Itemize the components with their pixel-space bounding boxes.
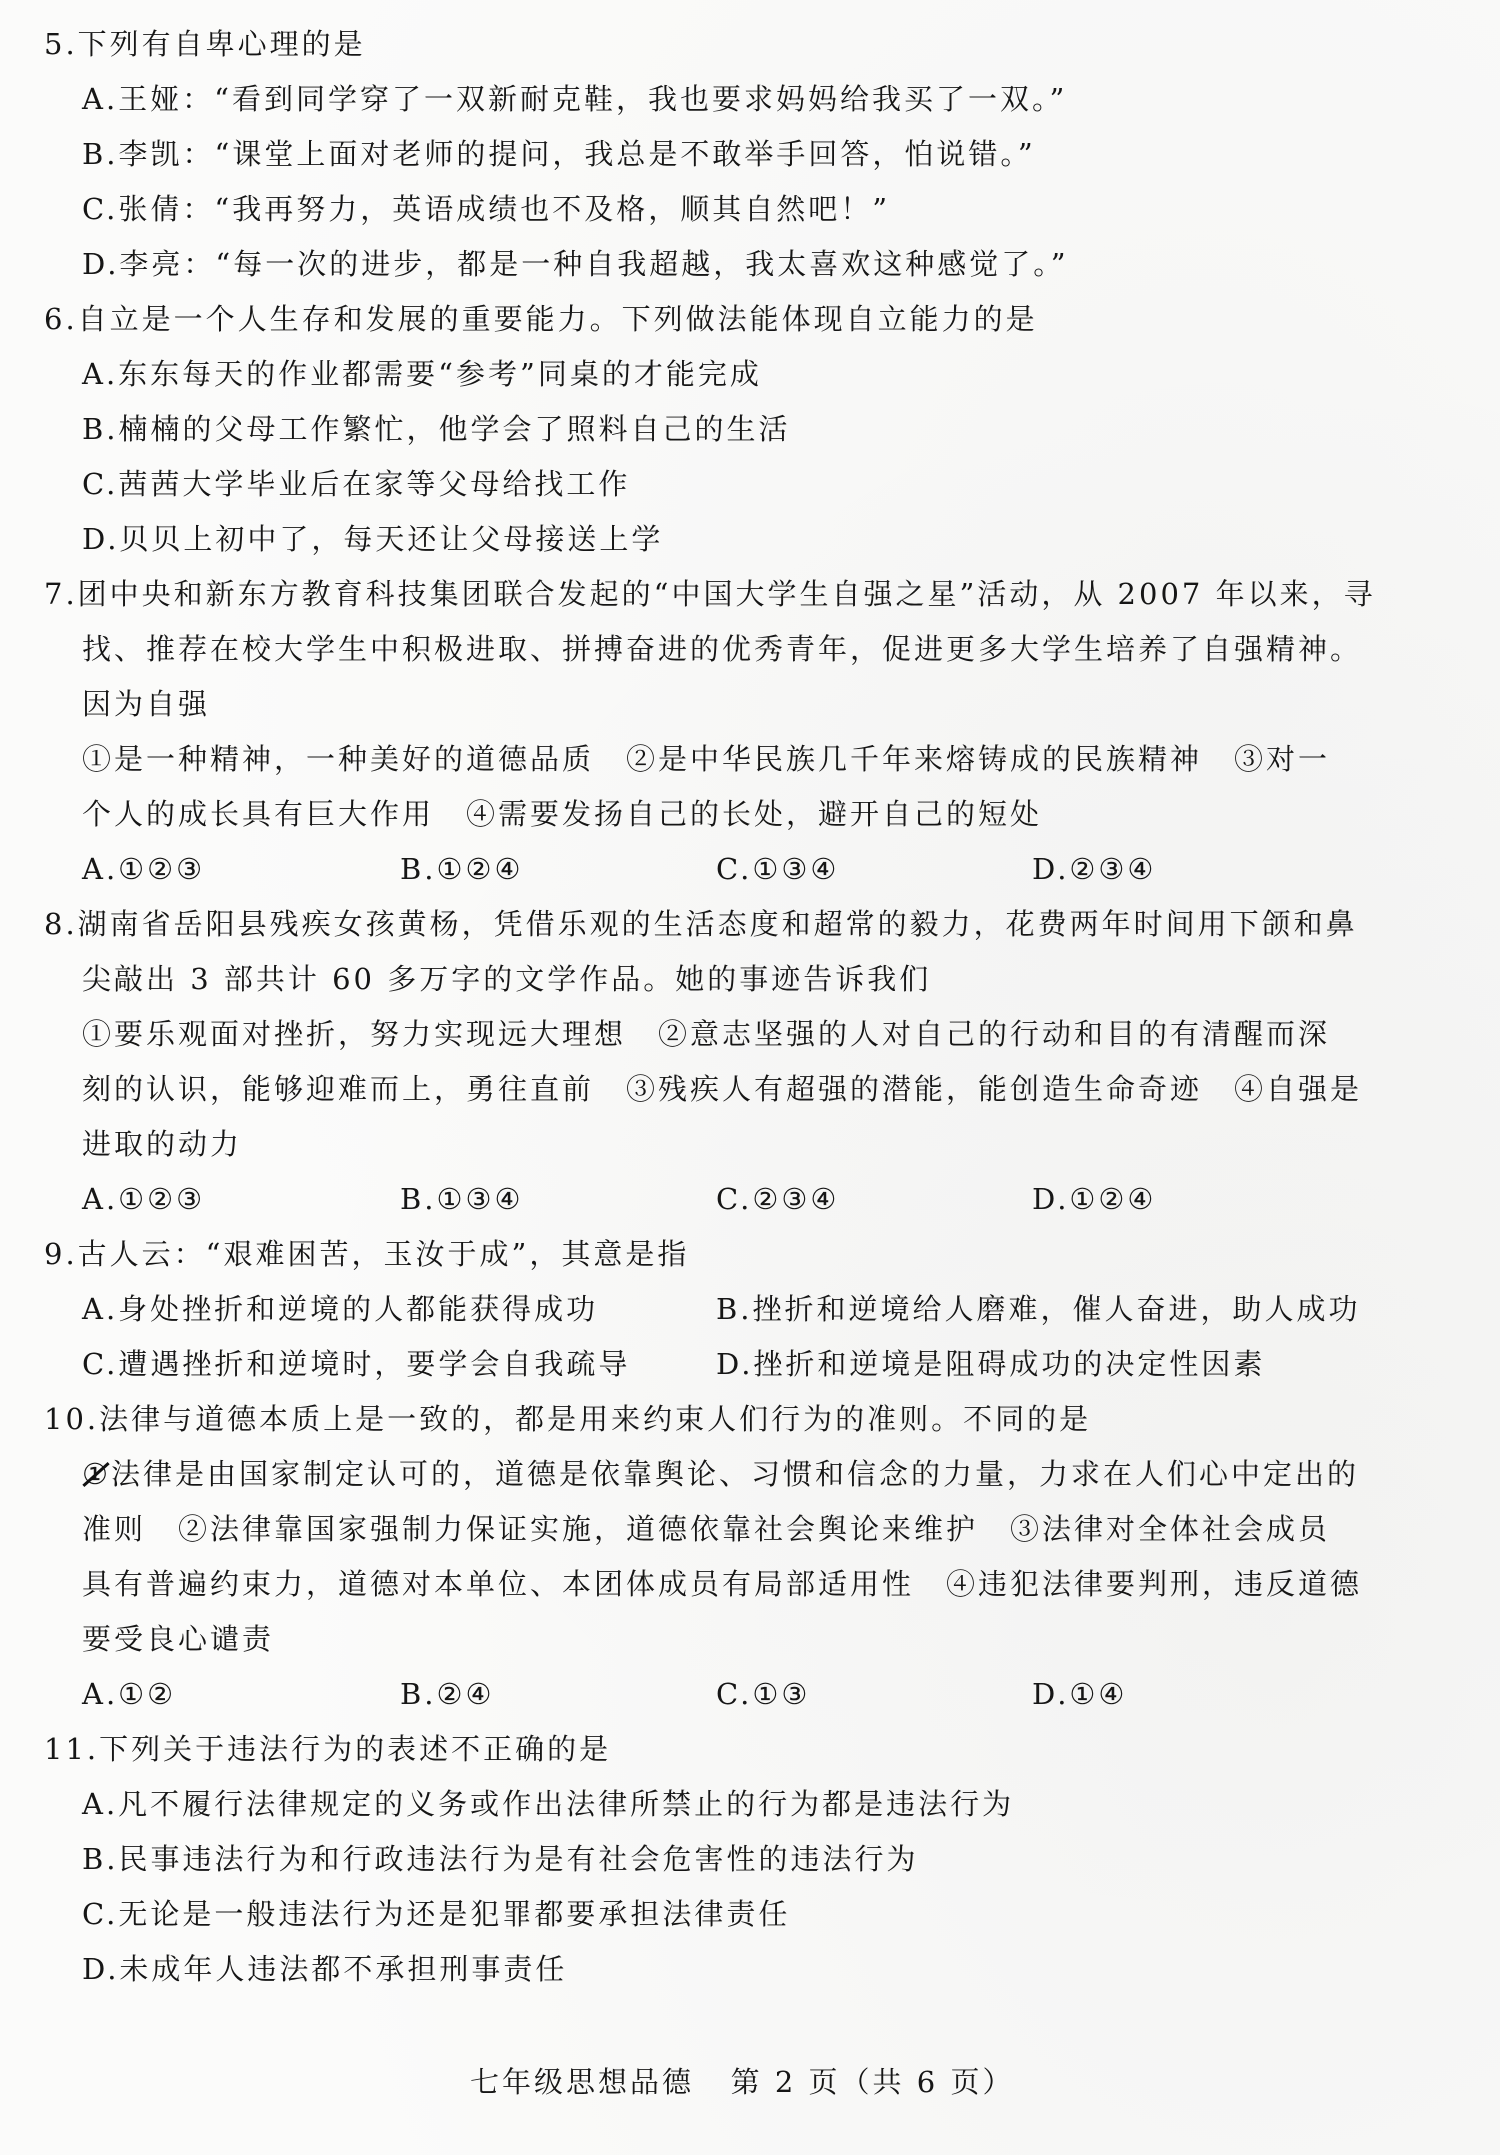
stem-line: 刻的认识，能够迎难而上，勇往直前 ③残疾人有超强的潜能，能创造生命奇迹 ④自强是 [44, 1062, 1444, 1117]
question-11: 11.下列关于违法行为的表述不正确的是 A.凡不履行法律规定的义务或作出法律所禁… [44, 1722, 1444, 1997]
question-stem: 7.团中央和新东方教育科技集团联合发起的“中国大学生自强之星”活动，从 2007… [44, 567, 1444, 622]
option-d: D.李亮：“每一次的进步，都是一种自我超越，我太喜欢这种感觉了。” [44, 237, 1444, 292]
stem-line: 具有普遍约束力，道德对本单位、本团体成员有局部适用性 ④违犯法律要判刑，违反道德 [44, 1557, 1444, 1612]
option-b: B.①③④ [400, 1172, 716, 1227]
question-number: 11. [44, 1732, 99, 1766]
stem-line: 团中央和新东方教育科技集团联合发起的“中国大学生自强之星”活动，从 2007 年… [78, 577, 1376, 611]
option-a: A.①②③ [44, 842, 400, 897]
question-5: 5.下列有自卑心理的是 A.王娅：“看到同学穿了一双新耐克鞋，我也要求妈妈给我买… [44, 17, 1444, 292]
options-row: A.身处挫折和逆境的人都能获得成功 B.挫折和逆境给人磨难，催人奋进，助人成功 [44, 1282, 1444, 1337]
question-number: 5. [44, 27, 78, 61]
question-stem: 9.古人云：“艰难困苦，玉汝于成”，其意是指 [44, 1227, 1444, 1282]
option-c: C.①③ [716, 1667, 1032, 1722]
option-a: A.①② [44, 1667, 400, 1722]
stem-line: 尖敲出 3 部共计 60 多万字的文学作品。她的事迹告诉我们 [44, 952, 1444, 1007]
option-c: C.遭遇挫折和逆境时，要学会自我疏导 [44, 1337, 716, 1392]
option-b: B.楠楠的父母工作繁忙，他学会了照料自己的生活 [44, 402, 1444, 457]
option-b: B.李凯：“课堂上面对老师的提问，我总是不敢举手回答，怕说错。” [44, 127, 1444, 182]
stem-line: ①法律是由国家制定认可的，道德是依靠舆论、习惯和信念的力量，力求在人们心中定出的 [44, 1447, 1444, 1502]
option-a: A.东东每天的作业都需要“参考”同桌的才能完成 [44, 347, 1444, 402]
option-d: D.①②④ [1032, 1172, 1348, 1227]
option-b: B.①②④ [400, 842, 716, 897]
option-c: C.张倩：“我再努力，英语成绩也不及格，顺其自然吧！” [44, 182, 1444, 237]
option-d: D.②③④ [1032, 842, 1348, 897]
stem-line: 下列有自卑心理的是 [78, 27, 366, 61]
stem-line: 法律与道德本质上是一致的，都是用来约束人们行为的准则。不同的是 [99, 1402, 1091, 1436]
footer-page-info: 第 2 页（共 6 页） [731, 2065, 1015, 2099]
question-stem: 10.法律与道德本质上是一致的，都是用来约束人们行为的准则。不同的是 [44, 1392, 1444, 1447]
question-number: 10. [44, 1402, 99, 1436]
exam-page: 5.下列有自卑心理的是 A.王娅：“看到同学穿了一双新耐克鞋，我也要求妈妈给我买… [0, 0, 1500, 2155]
option-c: C.①③④ [716, 842, 1032, 897]
question-stem: 11.下列关于违法行为的表述不正确的是 [44, 1722, 1444, 1777]
question-number: 9. [44, 1237, 78, 1271]
stem-line: 要受良心谴责 [44, 1612, 1444, 1667]
option-d: D.未成年人违法都不承担刑事责任 [44, 1942, 1444, 1997]
footer-subject: 七年级思想品德 [470, 2065, 694, 2099]
stem-line: ①要乐观面对挫折，努力实现远大理想 ②意志坚强的人对自己的行动和目的有清醒而深 [44, 1007, 1444, 1062]
options-row: A.①②③ B.①③④ C.②③④ D.①②④ [44, 1172, 1444, 1227]
stem-line: 下列关于违法行为的表述不正确的是 [99, 1732, 611, 1766]
option-c: C.无论是一般违法行为还是犯罪都要承担法律责任 [44, 1887, 1444, 1942]
question-number: 6. [44, 302, 78, 336]
option-c: C.茜茜大学毕业后在家等父母给找工作 [44, 457, 1444, 512]
option-a: A.王娅：“看到同学穿了一双新耐克鞋，我也要求妈妈给我买了一双。” [44, 72, 1444, 127]
question-stem: 6.自立是一个人生存和发展的重要能力。下列做法能体现自立能力的是 [44, 292, 1444, 347]
option-c: C.②③④ [716, 1172, 1032, 1227]
options-row: C.遭遇挫折和逆境时，要学会自我疏导 D.挫折和逆境是阻碍成功的决定性因素 [44, 1337, 1444, 1392]
option-b: B.挫折和逆境给人磨难，催人奋进，助人成功 [716, 1282, 1348, 1337]
question-number: 8. [44, 907, 78, 941]
option-a: A.凡不履行法律规定的义务或作出法律所禁止的行为都是违法行为 [44, 1777, 1444, 1832]
question-7: 7.团中央和新东方教育科技集团联合发起的“中国大学生自强之星”活动，从 2007… [44, 567, 1444, 897]
stem-line: 古人云：“艰难困苦，玉汝于成”，其意是指 [78, 1237, 690, 1271]
stem-line: 自立是一个人生存和发展的重要能力。下列做法能体现自立能力的是 [78, 302, 1038, 336]
option-a: A.身处挫折和逆境的人都能获得成功 [44, 1282, 716, 1337]
question-6: 6.自立是一个人生存和发展的重要能力。下列做法能体现自立能力的是 A.东东每天的… [44, 292, 1444, 567]
option-d: D.贝贝上初中了，每天还让父母接送上学 [44, 512, 1444, 567]
questions-section: 5.下列有自卑心理的是 A.王娅：“看到同学穿了一双新耐克鞋，我也要求妈妈给我买… [44, 17, 1444, 1997]
stem-line: ①是一种精神，一种美好的道德品质 ②是中华民族几千年来熔铸成的民族精神 ③对一 [44, 732, 1444, 787]
stem-line: 进取的动力 [44, 1117, 1444, 1172]
option-b: B.②④ [400, 1667, 716, 1722]
question-stem: 5.下列有自卑心理的是 [44, 17, 1444, 72]
option-d: D.①④ [1032, 1667, 1348, 1722]
stem-line: 准则 ②法律靠国家强制力保证实施，道德依靠社会舆论来维护 ③法律对全体社会成员 [44, 1502, 1444, 1557]
options-row: A.①②③ B.①②④ C.①③④ D.②③④ [44, 842, 1444, 897]
pen-mark-icon: ① [82, 1447, 111, 1502]
stem-line: 因为自强 [44, 677, 1444, 732]
stem-line-text: 法律是由国家制定认可的，道德是依靠舆论、习惯和信念的力量，力求在人们心中定出的 [111, 1457, 1359, 1491]
stem-line: 湖南省岳阳县残疾女孩黄杨，凭借乐观的生活态度和超常的毅力，花费两年时间用下颌和鼻 [78, 907, 1358, 941]
question-9: 9.古人云：“艰难困苦，玉汝于成”，其意是指 A.身处挫折和逆境的人都能获得成功… [44, 1227, 1444, 1392]
option-a: A.①②③ [44, 1172, 400, 1227]
question-number: 7. [44, 577, 78, 611]
option-d: D.挫折和逆境是阻碍成功的决定性因素 [716, 1337, 1348, 1392]
page-footer: 七年级思想品德 第 2 页（共 6 页） [470, 2062, 1014, 2102]
stem-line: 找、推荐在校大学生中积极进取、拼搏奋进的优秀青年，促进更多大学生培养了自强精神。 [44, 622, 1444, 677]
stem-line: 个人的成长具有巨大作用 ④需要发扬自己的长处，避开自己的短处 [44, 787, 1444, 842]
option-b: B.民事违法行为和行政违法行为是有社会危害性的违法行为 [44, 1832, 1444, 1887]
question-8: 8.湖南省岳阳县残疾女孩黄杨，凭借乐观的生活态度和超常的毅力，花费两年时间用下颌… [44, 897, 1444, 1227]
options-row: A.①② B.②④ C.①③ D.①④ [44, 1667, 1444, 1722]
question-stem: 8.湖南省岳阳县残疾女孩黄杨，凭借乐观的生活态度和超常的毅力，花费两年时间用下颌… [44, 897, 1444, 952]
question-10: 10.法律与道德本质上是一致的，都是用来约束人们行为的准则。不同的是 ①法律是由… [44, 1392, 1444, 1722]
